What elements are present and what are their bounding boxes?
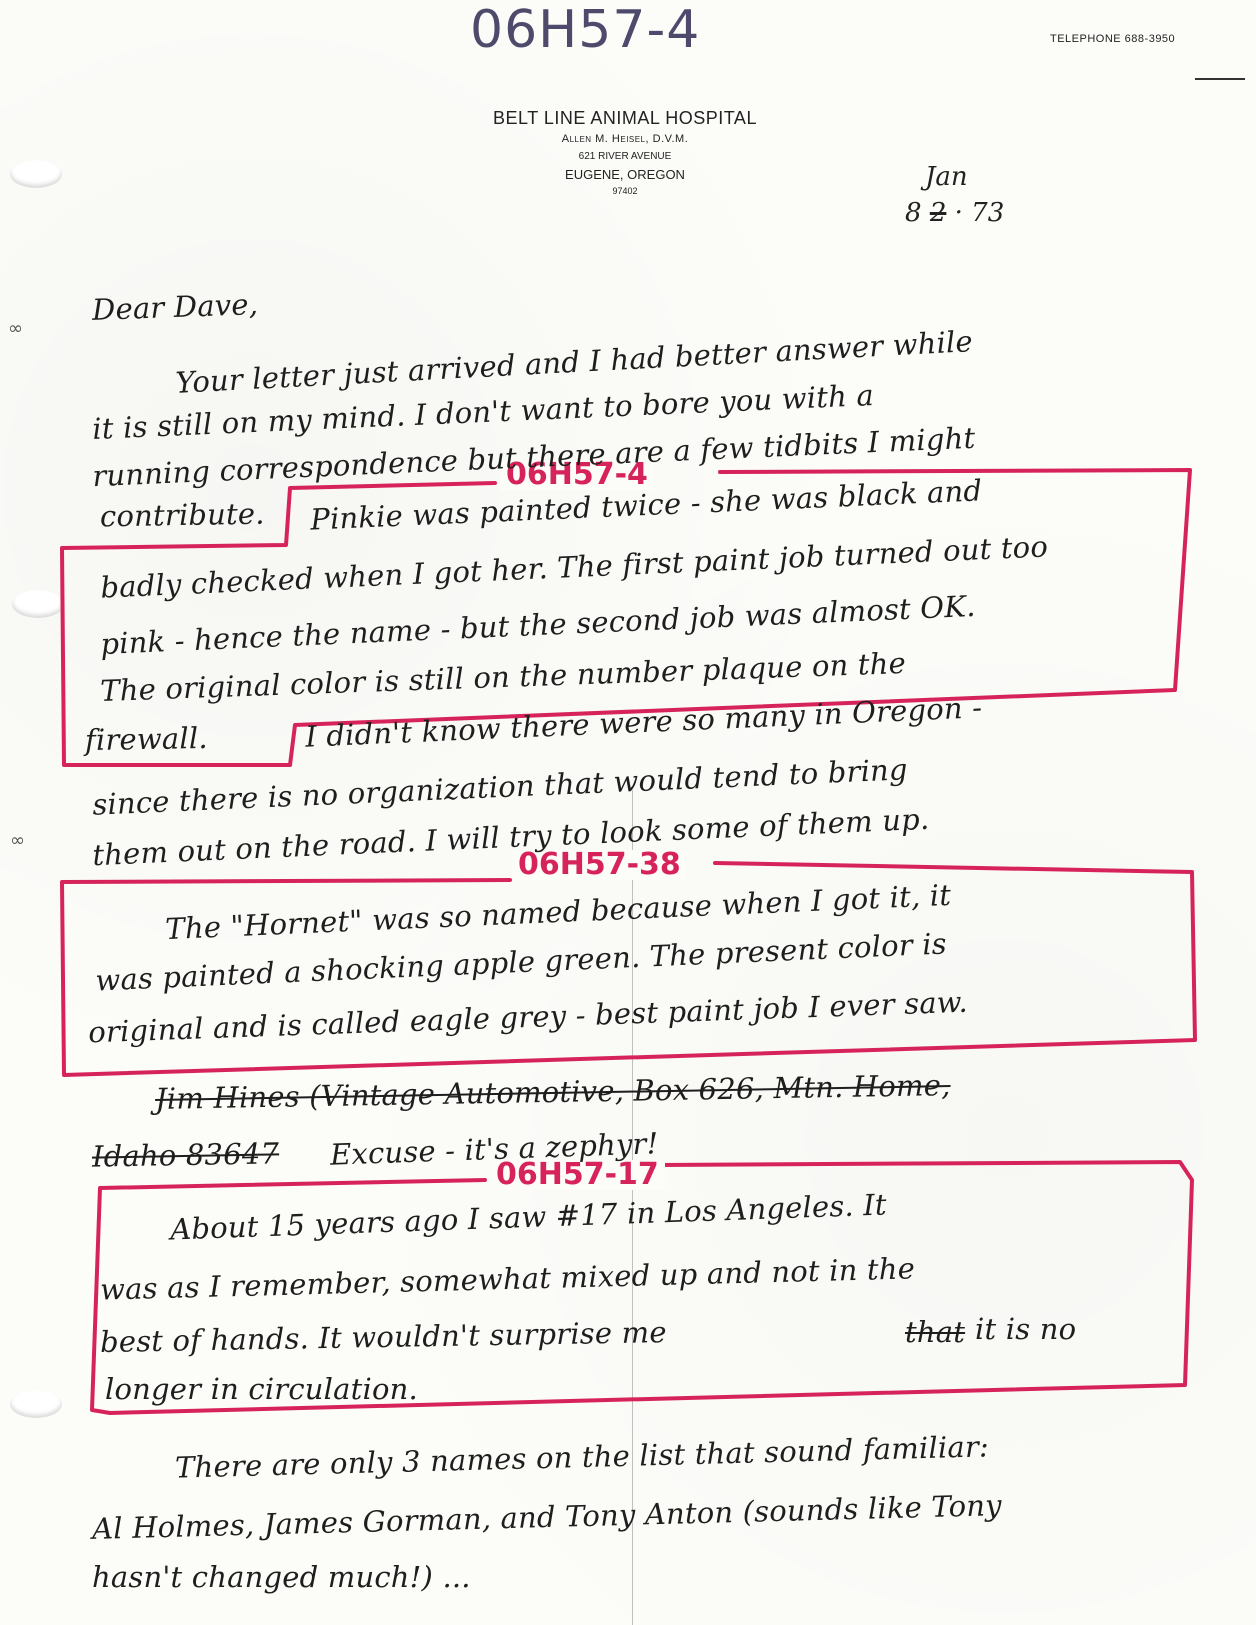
body-line: was as I remember, somewhat mixed up and… xyxy=(100,1251,916,1306)
letterhead-address: 621 RIVER AVENUE xyxy=(400,151,850,162)
telephone: TELEPHONE 688-3950 xyxy=(1050,33,1175,45)
file-number-stamp: 06H57-4 xyxy=(470,0,700,60)
body-line: best of hands. It wouldn't surprise me xyxy=(100,1315,667,1359)
margin-mark: ∞ xyxy=(10,830,25,851)
margin-dash xyxy=(1195,78,1245,80)
letterhead: BELT LINE ANIMAL HOSPITAL Allen M. Heise… xyxy=(400,108,850,196)
date-day: 8 xyxy=(905,198,922,228)
body-line: contribute. xyxy=(100,497,265,534)
date-month: Jan xyxy=(925,162,968,192)
date-day-line: 8 2 · 73 xyxy=(905,198,1004,228)
body-line: longer in circulation. xyxy=(105,1372,418,1406)
struck-word: that xyxy=(905,1315,965,1349)
letter-page: ∞ ∞ 06H57-4 TELEPHONE 688-3950 BELT LINE… xyxy=(0,0,1256,1625)
letterhead-name: BELT LINE ANIMAL HOSPITAL xyxy=(400,108,850,129)
body-line-struck: Idaho 83647 xyxy=(92,1136,280,1173)
punch-hole xyxy=(10,1390,62,1418)
body-line: Al Holmes, James Gorman, and Tony Anton … xyxy=(92,1488,1002,1546)
letterhead-zip: 97402 xyxy=(400,186,850,196)
body-line: I didn't know there were so many in Oreg… xyxy=(305,690,983,754)
date-struck-day: 2 xyxy=(930,198,947,228)
salutation: Dear Dave, xyxy=(91,287,258,327)
letterhead-doctor: Allen M. Heisel, D.V.M. xyxy=(400,133,850,145)
body-line: There are only 3 names on the list that … xyxy=(175,1429,990,1484)
punch-hole xyxy=(12,590,64,618)
body-line: it is no xyxy=(975,1312,1076,1346)
body-line: hasn't changed much!) ... xyxy=(92,1560,471,1594)
body-line: original and is called eagle grey - best… xyxy=(88,985,969,1050)
body-line-struck: Jim Hines (Vintage Automotive, Box 626, … xyxy=(155,1068,951,1116)
letterhead-city: EUGENE, OREGON xyxy=(400,167,850,182)
punch-hole xyxy=(10,160,62,188)
annotation-label: 06H57-38 xyxy=(512,850,687,880)
margin-mark: ∞ xyxy=(8,318,23,339)
body-line: About 15 years ago I saw #17 in Los Ange… xyxy=(170,1188,888,1247)
date-year: 73 xyxy=(971,198,1004,228)
body-line: firewall. xyxy=(85,721,208,757)
